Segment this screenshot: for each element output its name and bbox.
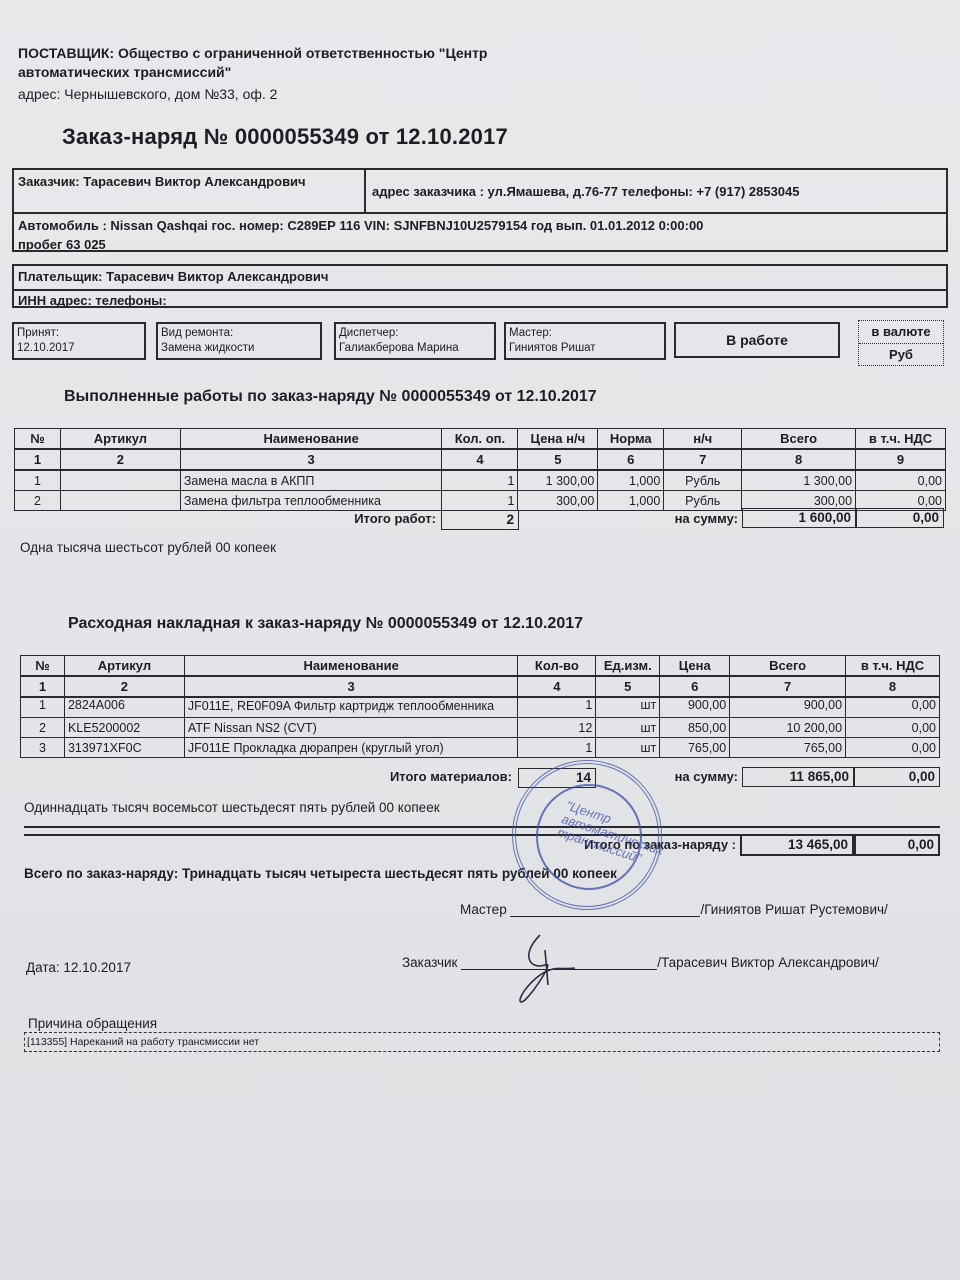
- grand-total-vat: 0,00: [854, 834, 940, 856]
- col-header: Норма: [598, 429, 664, 450]
- info-repair-type: Вид ремонта: Замена жидкости: [156, 322, 322, 360]
- materials-vat: 0,00: [854, 767, 940, 787]
- grand-total-sum: 13 465,00: [740, 834, 854, 856]
- cell-unit: Рубль: [664, 491, 742, 511]
- customer-signature: Заказчик /Тарасевич Виктор Александрович…: [402, 955, 879, 970]
- currency-box: в валюте Руб: [858, 320, 944, 366]
- col-number: 9: [856, 449, 946, 470]
- customer-sign-name: /Тарасевич Виктор Александрович/: [657, 955, 879, 970]
- reason-label: Причина обращения: [28, 1016, 157, 1031]
- col-header: Артикул: [64, 656, 184, 677]
- materials-total-label: Итого материалов:: [330, 769, 512, 784]
- cell-norm: 1,000: [598, 491, 664, 511]
- cell-article: KLE5200002: [64, 718, 184, 738]
- col-header: Наименование: [180, 429, 442, 450]
- col-number: 4: [518, 676, 596, 697]
- cell-unit: шт: [596, 718, 660, 738]
- materials-title: Расходная накладная к заказ-наряду № 000…: [68, 615, 583, 633]
- col-header: в т.ч. НДС: [846, 656, 940, 677]
- document-date: Дата: 12.10.2017: [26, 960, 131, 975]
- payer-box: Плательщик: Тарасевич Виктор Александров…: [12, 264, 948, 308]
- col-header: Наименование: [184, 656, 518, 677]
- cell-unit: Рубль: [664, 470, 742, 491]
- cell-article: 313971XF0C: [64, 738, 184, 758]
- info-accepted: Принят: 12.10.2017: [12, 322, 146, 360]
- col-number: 1: [21, 676, 65, 697]
- info-value: Галиакберова Марина: [339, 341, 491, 356]
- works-sum: 1 600,00: [742, 508, 856, 528]
- materials-sum-in-words: Одиннадцать тысяч восемьсот шестьдесят п…: [24, 800, 440, 815]
- info-value: Гиниятов Ришат: [509, 341, 661, 356]
- customer-address: адрес заказчика : ул.Ямашева, д.76-77 те…: [366, 170, 806, 212]
- work-order-document: ПОСТАВЩИК: Общество с ограниченной ответ…: [0, 0, 960, 1280]
- reason-value: [113355] Нареканий на работу трансмиссии…: [24, 1032, 940, 1052]
- col-header: Артикул: [60, 429, 180, 450]
- cell-vat: 0,00: [846, 718, 940, 738]
- cell-qty: 1: [518, 738, 596, 758]
- works-vat: 0,00: [856, 508, 944, 528]
- cell-qty: 1: [442, 470, 518, 491]
- col-number: 7: [730, 676, 846, 697]
- car-mileage: пробег 63 025: [18, 235, 942, 254]
- info-dispatcher: Диспетчер: Галиакберова Марина: [334, 322, 496, 360]
- materials-table: № Артикул Наименование Кол-во Ед.изм. Це…: [20, 655, 940, 758]
- col-header: Цена: [660, 656, 730, 677]
- works-title: Выполненные работы по заказ-наряду № 000…: [64, 388, 597, 406]
- table-row: 2 KLE5200002 ATF Nissan NS2 (CVT) 12 шт …: [21, 718, 940, 738]
- col-header: Цена н/ч: [518, 429, 598, 450]
- cell-total: 900,00: [730, 697, 846, 718]
- cell-no: 1: [21, 697, 65, 718]
- handwritten-signature-icon: [500, 930, 590, 1010]
- works-sum-label: на сумму:: [600, 511, 738, 526]
- info-master: Мастер: Гиниятов Ришат: [504, 322, 666, 360]
- cell-price: 900,00: [660, 697, 730, 718]
- cell-vat: 0,00: [846, 697, 940, 718]
- cell-qty: 12: [518, 718, 596, 738]
- cell-total: 765,00: [730, 738, 846, 758]
- payer-name: Плательщик: Тарасевич Виктор Александров…: [14, 266, 946, 291]
- col-number: 7: [664, 449, 742, 470]
- currency-label: в валюте: [859, 321, 943, 344]
- col-number: 1: [15, 449, 61, 470]
- col-number: 3: [180, 449, 442, 470]
- info-label: Вид ремонта:: [161, 326, 317, 341]
- cell-name: Замена масла в АКПП: [180, 470, 442, 491]
- info-label: Диспетчер:: [339, 326, 491, 341]
- master-name: /Гиниятов Ришат Рустемович/: [700, 902, 887, 917]
- customer-box: Заказчик: Тарасевич Виктор Александрович…: [12, 168, 948, 252]
- materials-number-row: 1 2 3 4 5 6 7 8: [21, 676, 940, 697]
- col-number: 3: [184, 676, 518, 697]
- info-label: Мастер:: [509, 326, 661, 341]
- cell-price: 765,00: [660, 738, 730, 758]
- cell-total: 10 200,00: [730, 718, 846, 738]
- works-total-label: Итого работ:: [300, 511, 436, 526]
- col-number: 4: [442, 449, 518, 470]
- order-title: Заказ-наряд № 0000055349 от 12.10.2017: [62, 124, 508, 150]
- payer-details: ИНН адрес: телефоны:: [14, 291, 946, 310]
- info-value: Замена жидкости: [161, 341, 317, 356]
- col-header: Кол-во: [518, 656, 596, 677]
- works-total-count: 2: [441, 510, 519, 530]
- col-header: н/ч: [664, 429, 742, 450]
- cell-article: [60, 470, 180, 491]
- col-number: 5: [518, 449, 598, 470]
- currency-value: Руб: [859, 344, 943, 366]
- cell-no: 2: [15, 491, 61, 511]
- col-number: 8: [846, 676, 940, 697]
- cell-no: 2: [21, 718, 65, 738]
- cell-qty: 1: [518, 697, 596, 718]
- col-header: Всего: [730, 656, 846, 677]
- table-row: 1 Замена масла в АКПП 1 1 300,00 1,000 Р…: [15, 470, 946, 491]
- cell-price: 850,00: [660, 718, 730, 738]
- col-number: 2: [60, 449, 180, 470]
- cell-name: Замена фильтра теплообменника: [180, 491, 442, 511]
- cell-norm: 1,000: [598, 470, 664, 491]
- table-row: 3 313971XF0C JF011E Прокладка дюрапрен (…: [21, 738, 940, 758]
- supplier-label: ПОСТАВЩИК:: [18, 45, 114, 61]
- customer-name: Заказчик: Тарасевич Виктор Александрович: [14, 170, 366, 212]
- company-stamp: "Центр автоматических трансмиссий": [512, 760, 662, 910]
- cell-qty: 1: [442, 491, 518, 511]
- col-header: Ед.изм.: [596, 656, 660, 677]
- col-number: 5: [596, 676, 660, 697]
- cell-total: 1 300,00: [742, 470, 856, 491]
- works-header-row: № Артикул Наименование Кол. оп. Цена н/ч…: [15, 429, 946, 450]
- cell-price: 1 300,00: [518, 470, 598, 491]
- master-signature-line: [510, 902, 700, 917]
- col-header: Всего: [742, 429, 856, 450]
- info-value: 12.10.2017: [17, 341, 141, 356]
- cell-name: JF011E, RE0F09A Фильтр картридж теплообм…: [184, 697, 518, 718]
- col-number: 6: [660, 676, 730, 697]
- works-sum-in-words: Одна тысяча шестьсот рублей 00 копеек: [20, 540, 276, 555]
- cell-unit: шт: [596, 697, 660, 718]
- cell-price: 300,00: [518, 491, 598, 511]
- info-label: Принят:: [17, 326, 141, 341]
- supplier-block: ПОСТАВЩИК: Общество с ограниченной ответ…: [18, 44, 588, 82]
- master-signature: Мастер /Гиниятов Ришат Рустемович/: [460, 902, 888, 917]
- cell-no: 3: [21, 738, 65, 758]
- col-number: 2: [64, 676, 184, 697]
- col-header: в т.ч. НДС: [856, 429, 946, 450]
- col-header: №: [21, 656, 65, 677]
- col-header: Кол. оп.: [442, 429, 518, 450]
- cell-vat: 0,00: [856, 470, 946, 491]
- works-table: № Артикул Наименование Кол. оп. Цена н/ч…: [14, 428, 946, 511]
- cell-article: [60, 491, 180, 511]
- status-badge: В работе: [674, 322, 840, 358]
- cell-unit: шт: [596, 738, 660, 758]
- col-number: 6: [598, 449, 664, 470]
- cell-name: JF011E Прокладка дюрапрен (круглый угол): [184, 738, 518, 758]
- col-header: №: [15, 429, 61, 450]
- materials-sum: 11 865,00: [742, 767, 854, 787]
- car-details: Автомобиль : Nissan Qashqai гос. номер: …: [18, 216, 942, 235]
- works-number-row: 1 2 3 4 5 6 7 8 9: [15, 449, 946, 470]
- car-info: Автомобиль : Nissan Qashqai гос. номер: …: [14, 214, 946, 256]
- cell-no: 1: [15, 470, 61, 491]
- customer-label: Заказчик: [402, 955, 457, 970]
- cell-name: ATF Nissan NS2 (CVT): [184, 718, 518, 738]
- table-row: 1 2824A006 JF011E, RE0F09A Фильтр картри…: [21, 697, 940, 718]
- materials-header-row: № Артикул Наименование Кол-во Ед.изм. Це…: [21, 656, 940, 677]
- cell-vat: 0,00: [846, 738, 940, 758]
- cell-article: 2824A006: [64, 697, 184, 718]
- supplier-address: адрес: Чернышевского, дом №33, оф. 2: [18, 86, 277, 102]
- master-label: Мастер: [460, 902, 507, 917]
- col-number: 8: [742, 449, 856, 470]
